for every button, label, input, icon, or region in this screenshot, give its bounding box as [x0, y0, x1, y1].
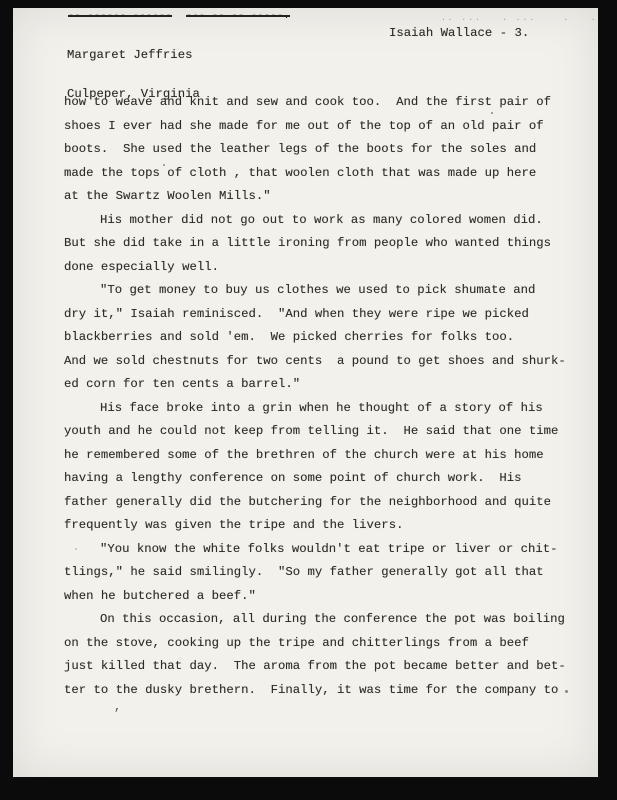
struck-out-text: -- ------ --------- -- -- -----. [68, 11, 290, 22]
text-line: His mother did not go out to work as man… [64, 209, 574, 233]
text-line: ter to the dusky brethern. Finally, it w… [64, 679, 574, 703]
scan-speck [565, 690, 568, 693]
stray-mark: , [114, 700, 121, 714]
struck-out-segment: -- ------ ------ [68, 11, 172, 22]
text-line: he remembered some of the brethren of th… [64, 444, 574, 468]
text-line: "To get money to buy us clothes we used … [64, 279, 574, 303]
text-line: how to weave and knit and sew and cook t… [64, 91, 574, 115]
text-line: On this occasion, all during the confere… [64, 608, 574, 632]
text-line: having a lengthy conference on some poin… [64, 467, 574, 491]
text-line: when he butchered a beef." [64, 585, 574, 609]
pencil-marks: .. ... . ... . . .. [441, 14, 617, 23]
text-line: frequently was given the tripe and the l… [64, 514, 574, 538]
text-line: shoes I ever had she made for me out of … [64, 115, 574, 139]
text-line: boots. She used the leather legs of the … [64, 138, 574, 162]
scan-background: -- ------ --------- -- -- -----. .. ... … [0, 0, 617, 800]
scan-speck [491, 112, 493, 114]
text-line: father generally did the butchering for … [64, 491, 574, 515]
text-line: "You know the white folks wouldn't eat t… [64, 538, 574, 562]
text-line: on the stove, cooking up the tripe and c… [64, 632, 574, 656]
text-line: at the Swartz Woolen Mills." [64, 185, 574, 209]
text-line: tlings," he said smilingly. "So my fathe… [64, 561, 574, 585]
document-body: how to weave and knit and sew and cook t… [64, 91, 574, 702]
scan-speck [75, 548, 77, 550]
text-line: youth and he could not keep from telling… [64, 420, 574, 444]
text-line: And we sold chestnuts for two cents a po… [64, 350, 574, 374]
scan-speck [163, 164, 165, 166]
scan-speck [441, 428, 443, 430]
document-page: -- ------ --------- -- -- -----. .. ... … [13, 8, 598, 777]
text-line: blackberries and sold 'em. We picked che… [64, 326, 574, 350]
page-label: Isaiah Wallace - 3. [389, 26, 529, 40]
struck-out-segment: --- -- -- -----. [186, 11, 290, 22]
text-line: just killed that day. The aroma from the… [64, 655, 574, 679]
text-line: dry it," Isaiah reminisced. "And when th… [64, 303, 574, 327]
text-line: made the tops of cloth , that woolen clo… [64, 162, 574, 186]
text-line: ed corn for ten cents a barrel." [64, 373, 574, 397]
text-line: His face broke into a grin when he thoug… [64, 397, 574, 421]
text-line: done especially well. [64, 256, 574, 280]
text-line: But she did take in a little ironing fro… [64, 232, 574, 256]
author-name: Margaret Jeffries [67, 49, 200, 62]
